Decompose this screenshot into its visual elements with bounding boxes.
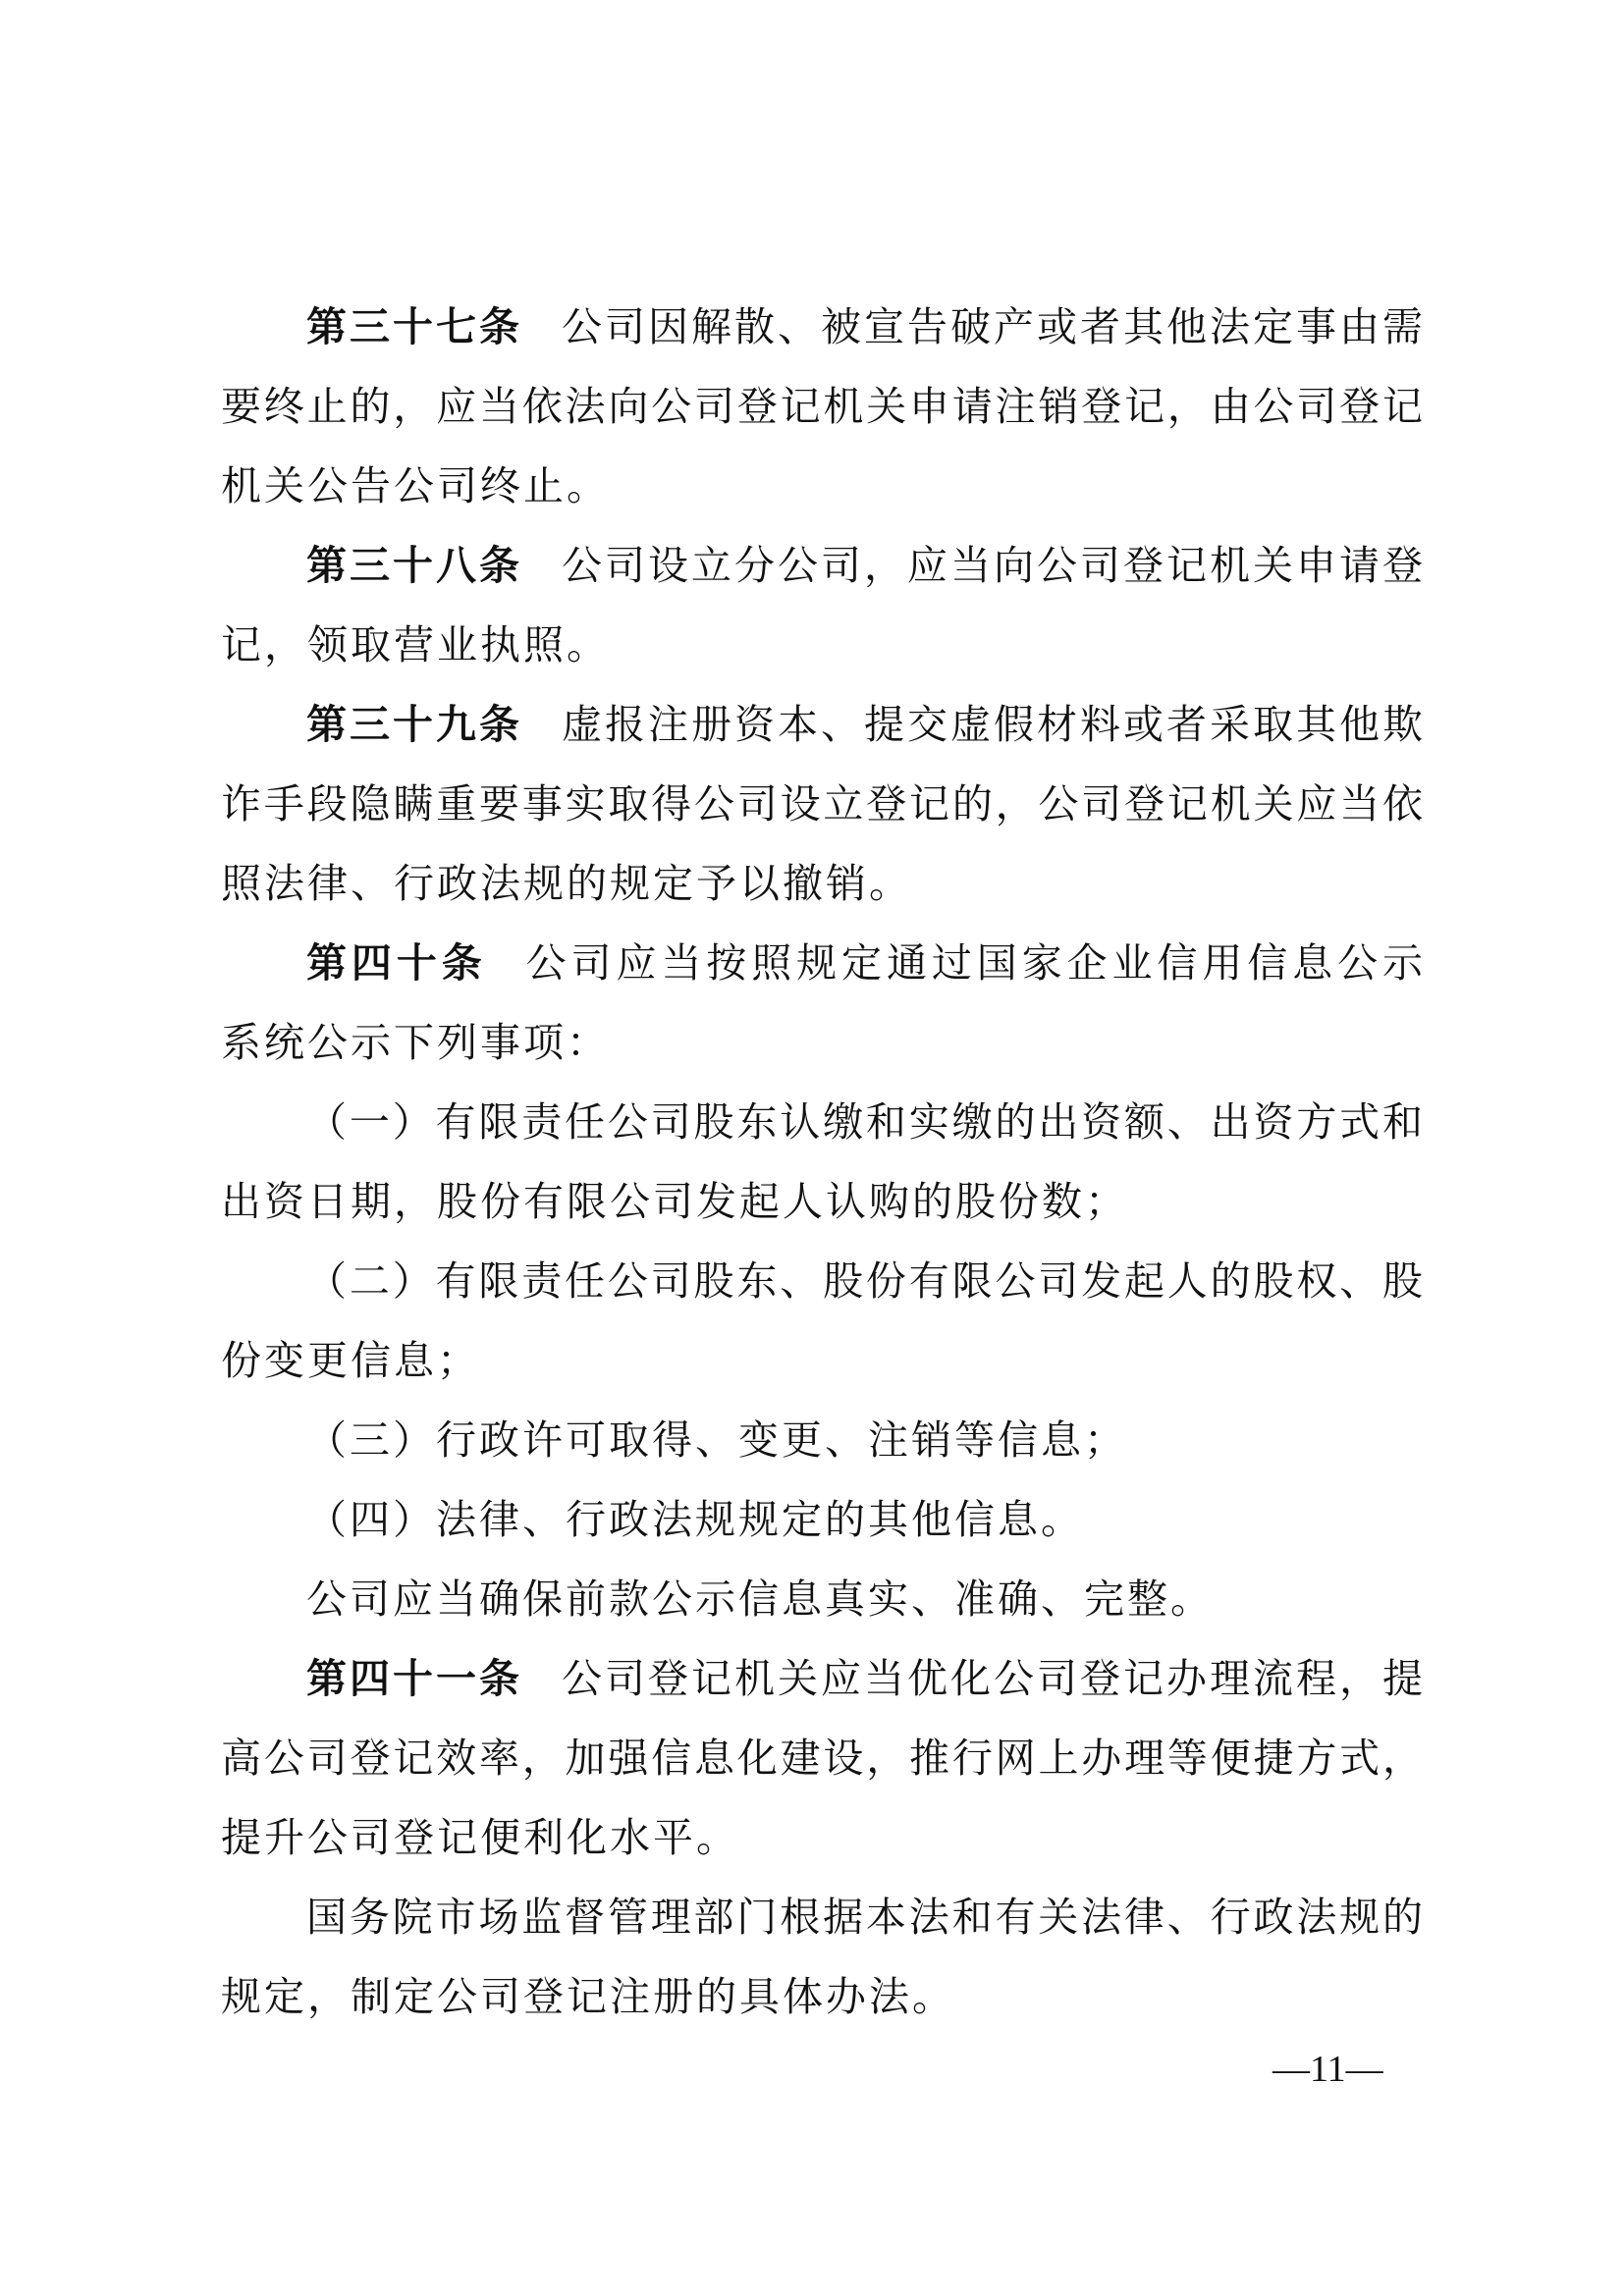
item-3-line-1: （三）行政许可取得、变更、注销等信息； (221, 1401, 1423, 1480)
article-39-line-2: 诈手段隐瞒重要事实取得公司设立登记的，公司登记机关应当依 (221, 765, 1423, 844)
article-37-line-2: 要终止的，应当依法向公司登记机关申请注销登记，由公司登记 (221, 367, 1423, 447)
page-number: —11— (1272, 2050, 1382, 2089)
article-38-line-1: 第三十八条公司设立分公司，应当向公司登记机关申请登 (221, 526, 1423, 606)
article-37-heading: 第三十七条 (306, 303, 522, 350)
article-41-text: 公司登记机关应当优化公司登记办理流程，提 (562, 1655, 1423, 1702)
article-41-para-2-line-2: 规定，制定公司登记注册的具体办法。 (221, 1957, 1423, 2037)
article-39-heading: 第三十九条 (306, 701, 522, 748)
item-2-line-1: （二）有限责任公司股东、股份有限公司发起人的股权、股 (221, 1242, 1423, 1321)
article-41-line-3: 提升公司登记便利化水平。 (221, 1798, 1423, 1878)
article-41-line-2: 高公司登记效率，加强信息化建设，推行网上办理等便捷方式， (221, 1719, 1423, 1798)
article-40-heading: 第四十条 (306, 939, 487, 987)
article-39-line-3: 照法律、行政法规的规定予以撤销。 (221, 844, 1423, 924)
article-39-text: 虚报注册资本、提交虚假材料或者采取其他欺 (562, 701, 1423, 748)
article-37-text: 公司因解散、被宣告破产或者其他法定事由需 (562, 303, 1423, 350)
article-40-closing-line: 公司应当确保前款公示信息真实、准确、完整。 (221, 1560, 1423, 1639)
article-41-para-2-line-1: 国务院市场监督管理部门根据本法和有关法律、行政法规的 (221, 1878, 1423, 1957)
article-38-line-2: 记，领取营业执照。 (221, 606, 1423, 685)
article-37-line-1: 第三十七条公司因解散、被宣告破产或者其他法定事由需 (221, 288, 1423, 367)
article-text: 第三十七条公司因解散、被宣告破产或者其他法定事由需 要终止的，应当依法向公司登记… (221, 288, 1423, 2037)
article-38-text: 公司设立分公司，应当向公司登记机关申请登 (562, 542, 1423, 589)
item-1-line-2: 出资日期，股份有限公司发起人认购的股份数； (221, 1162, 1423, 1242)
article-38-heading: 第三十八条 (306, 542, 522, 589)
article-40-line-2: 系统公示下列事项： (221, 1003, 1423, 1083)
article-41-heading: 第四十一条 (306, 1655, 522, 1702)
article-41-line-1: 第四十一条公司登记机关应当优化公司登记办理流程，提 (221, 1639, 1423, 1719)
item-2-line-2: 份变更信息； (221, 1321, 1423, 1401)
item-1-line-1: （一）有限责任公司股东认缴和实缴的出资额、出资方式和 (221, 1083, 1423, 1162)
article-39-line-1: 第三十九条虚报注册资本、提交虚假材料或者采取其他欺 (221, 685, 1423, 765)
document-page: 第三十七条公司因解散、被宣告破产或者其他法定事由需 要终止的，应当依法向公司登记… (0, 0, 1624, 2296)
article-40-line-1: 第四十条公司应当按照规定通过国家企业信用信息公示 (221, 924, 1423, 1003)
article-40-text: 公司应当按照规定通过国家企业信用信息公示 (526, 939, 1423, 987)
article-37-line-3: 机关公告公司终止。 (221, 447, 1423, 526)
item-4-line-1: （四）法律、行政法规规定的其他信息。 (221, 1480, 1423, 1560)
